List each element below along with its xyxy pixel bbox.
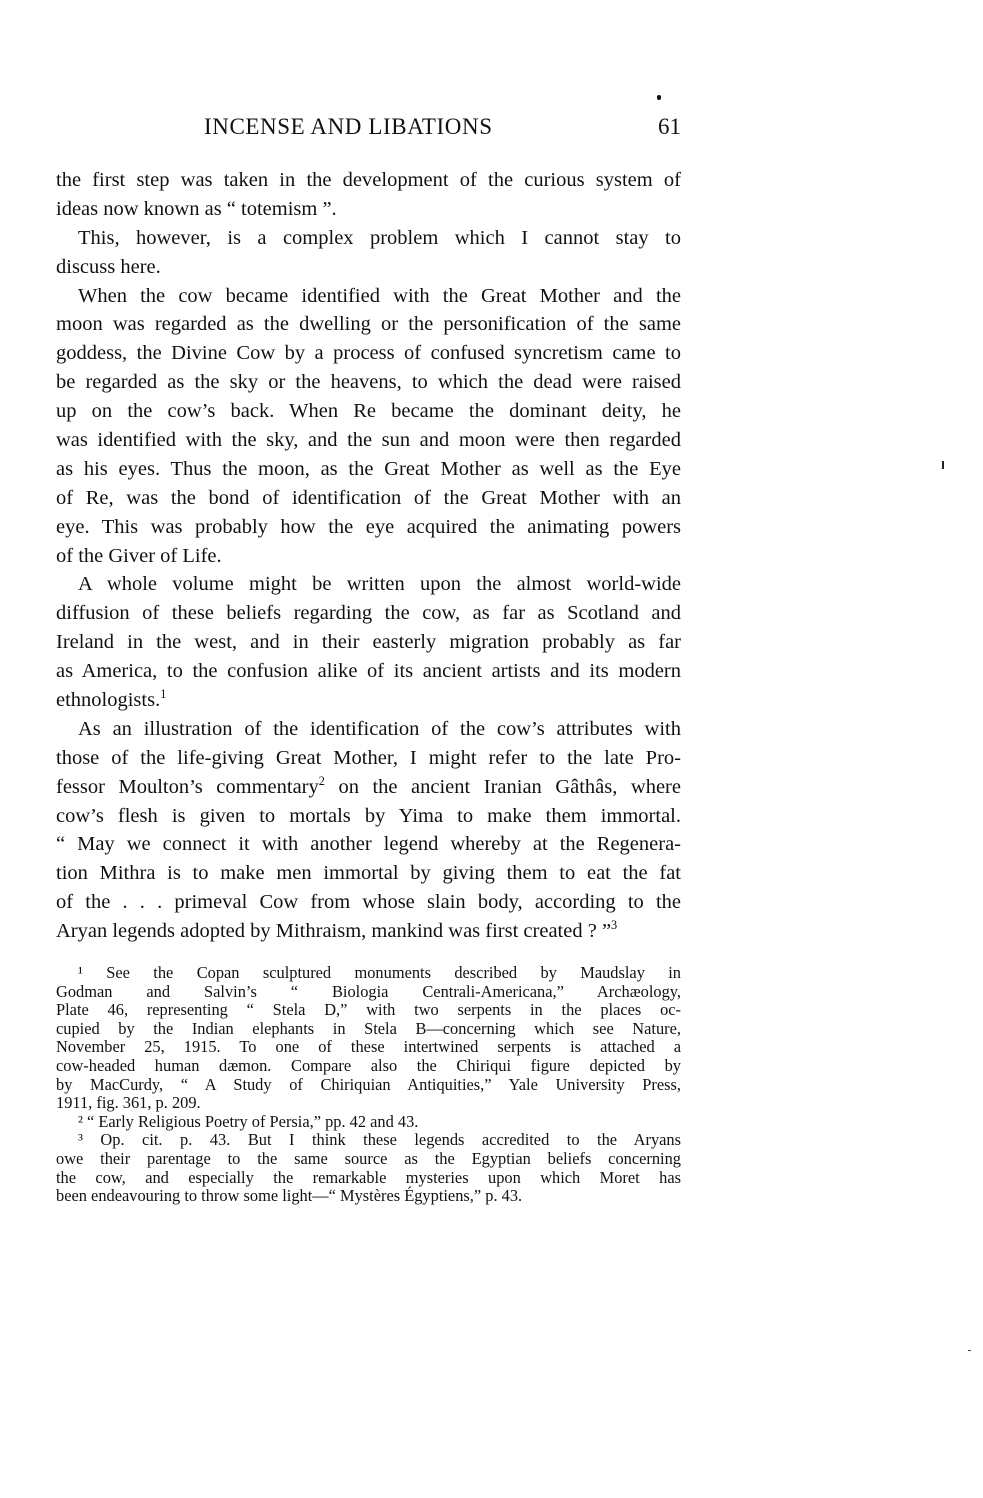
footnote-line: ¹ See the Copan sculptured monuments des… bbox=[56, 964, 681, 983]
footnote-line: 1911, fig. 361, p. 209. bbox=[56, 1094, 681, 1113]
running-title: INCENSE AND LIBATIONS bbox=[204, 114, 493, 140]
body-line: tion Mithra is to make men immortal by g… bbox=[56, 859, 681, 888]
footnotes: ¹ See the Copan sculptured monuments des… bbox=[56, 964, 681, 1206]
body-line: ethnologists.1 bbox=[56, 686, 681, 715]
body-line: diffusion of these beliefs regarding the… bbox=[56, 599, 681, 628]
footnote-line: by MacCurdy, “ A Study of Chiriquian Ant… bbox=[56, 1076, 681, 1095]
body-line: “ May we connect it with another legend … bbox=[56, 830, 681, 859]
scan-speck bbox=[657, 95, 661, 100]
body-line: up on the cow’s back. When Re became the… bbox=[56, 397, 681, 426]
footnote-ref: 3 bbox=[611, 918, 617, 932]
running-head: INCENSE AND LIBATIONS 61 bbox=[56, 114, 681, 144]
body-line: discuss here. bbox=[56, 253, 681, 282]
body-line: those of the life-giving Great Mother, I… bbox=[56, 744, 681, 773]
body-line: of the Giver of Life. bbox=[56, 542, 681, 571]
body-line: Aryan legends adopted by Mithraism, mank… bbox=[56, 917, 681, 946]
footnote-line: ³ Op. cit. p. 43. But I think these lege… bbox=[56, 1131, 681, 1150]
body-line: as his eyes. Thus the moon, as the Great… bbox=[56, 455, 681, 484]
footnote-ref: 2 bbox=[319, 774, 325, 788]
body-text: the first step was taken in the developm… bbox=[56, 166, 681, 946]
footnote-line: ² “ Early Religious Poetry of Persia,” p… bbox=[56, 1113, 681, 1132]
body-line: be regarded as the sky or the heavens, t… bbox=[56, 368, 681, 397]
body-line: ideas now known as “ totemism ”. bbox=[56, 195, 681, 224]
body-line: eye. This was probably how the eye acqui… bbox=[56, 513, 681, 542]
footnote-line: cupied by the Indian elephants in Stela … bbox=[56, 1020, 681, 1039]
body-line: cow’s flesh is given to mortals by Yima … bbox=[56, 802, 681, 831]
body-line: as America, to the confusion alike of it… bbox=[56, 657, 681, 686]
body-line: Ireland in the west, and in their easter… bbox=[56, 628, 681, 657]
body-line: goddess, the Divine Cow by a process of … bbox=[56, 339, 681, 368]
body-line: This, however, is a complex problem whic… bbox=[56, 224, 681, 253]
body-line: When the cow became identified with the … bbox=[56, 282, 681, 311]
footnote-ref: 1 bbox=[160, 687, 166, 701]
body-line: As an illustration of the identification… bbox=[56, 715, 681, 744]
footnote-line: the cow, and especially the remarkable m… bbox=[56, 1169, 681, 1188]
footnote-line: cow-headed human dæmon. Compare also the… bbox=[56, 1057, 681, 1076]
body-line: was identified with the sky, and the sun… bbox=[56, 426, 681, 455]
footnote-line: November 25, 1915. To one of these inter… bbox=[56, 1038, 681, 1057]
footnote-line: Plate 46, representing “ Stela D,” with … bbox=[56, 1001, 681, 1020]
footnote-line: owe their parentage to the same source a… bbox=[56, 1150, 681, 1169]
body-line: the first step was taken in the developm… bbox=[56, 166, 681, 195]
body-line: fessor Moulton’s commentary2 on the anci… bbox=[56, 773, 681, 802]
footnote-line: Godman and Salvin’s “ Biologia Centrali-… bbox=[56, 983, 681, 1002]
body-line: of the . . . primeval Cow from whose sla… bbox=[56, 888, 681, 917]
scan-mark bbox=[942, 461, 944, 469]
scan-mark bbox=[968, 1350, 971, 1351]
page-number: 61 bbox=[658, 114, 681, 140]
footnote-line: been endeavouring to throw some light—“ … bbox=[56, 1187, 681, 1206]
body-line: of Re, was the bond of identification of… bbox=[56, 484, 681, 513]
body-line: A whole volume might be written upon the… bbox=[56, 570, 681, 599]
body-line: moon was regarded as the dwelling or the… bbox=[56, 310, 681, 339]
